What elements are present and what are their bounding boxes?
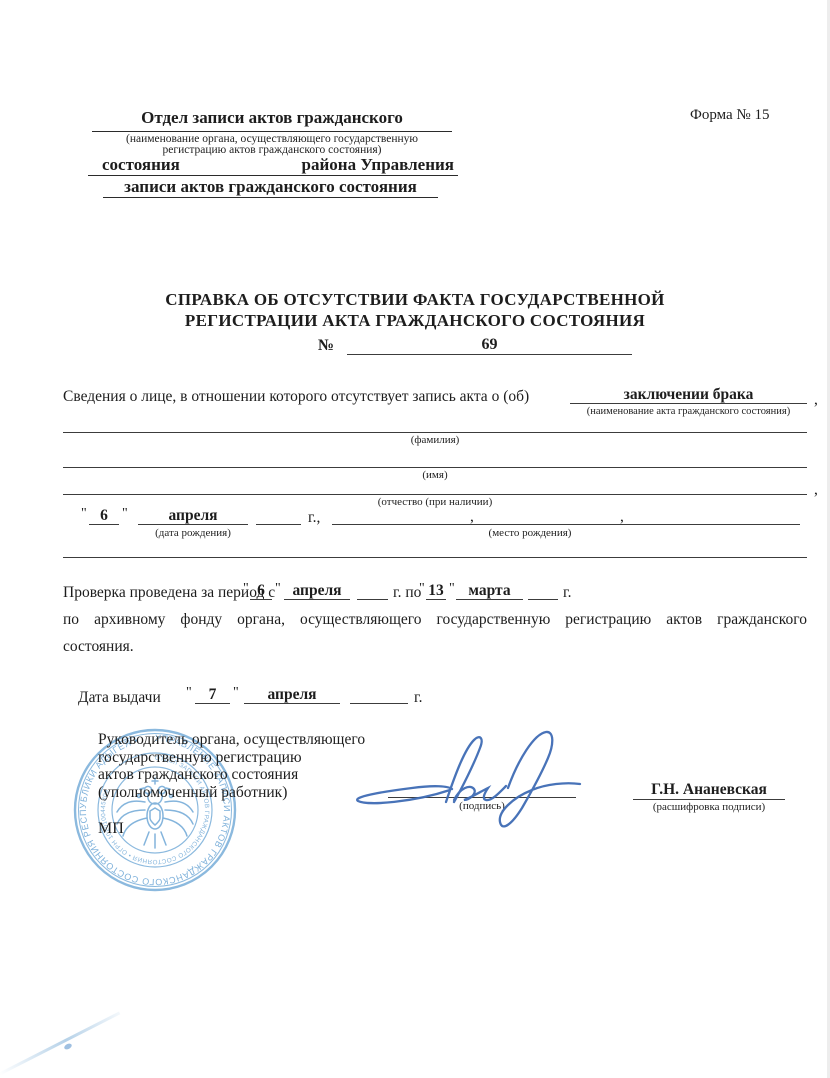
document-title-line2: РЕГИСТРАЦИИ АКТА ГРАЖДАНСКОГО СОСТОЯНИЯ <box>65 310 765 331</box>
check-from-close-quote: " <box>275 581 281 597</box>
org-name-line1: Отдел записи актов гражданского <box>92 108 452 132</box>
check-body-line2: по архивному фонду органа, осуществляюще… <box>63 611 807 629</box>
issue-day-close-quote: " <box>233 685 239 701</box>
birth-day-open-quote: " <box>81 506 87 522</box>
issue-day-field: 7 <box>195 686 230 704</box>
scan-artifact-dot <box>63 1042 72 1050</box>
birth-day-field: 6 <box>89 507 119 525</box>
act-type-value: заключении брака <box>624 386 754 403</box>
issue-day-open-quote: " <box>186 685 192 701</box>
issue-date-label: Дата выдачи <box>78 689 161 707</box>
org-name-line3-text: записи актов гражданского состояния <box>124 177 417 196</box>
handwritten-signature <box>350 722 608 837</box>
surname-caption: (фамилия) <box>63 435 807 446</box>
check-to-open-quote: " <box>419 581 425 597</box>
org-name-line2-right: района Управления <box>302 155 454 175</box>
issue-month-value: апреля <box>267 686 316 703</box>
number-sign: № <box>318 337 334 355</box>
check-from-day-value: 6 <box>257 582 265 599</box>
issue-month-field: апреля <box>244 686 340 704</box>
check-from-year-field <box>357 582 388 600</box>
org-name-line2-left: состояния <box>102 155 180 175</box>
signer-title-line2: государственную регистрацию <box>98 749 302 767</box>
org-name-line2: состояния района Управления <box>88 155 458 176</box>
issue-day-value: 7 <box>209 686 217 703</box>
check-to-day-value: 13 <box>428 582 444 599</box>
birth-month-field: апреля <box>138 507 248 525</box>
birth-day-close-quote: " <box>122 506 128 522</box>
issue-year-field <box>350 686 408 704</box>
certificate-number-value: 69 <box>482 336 498 353</box>
surname-field <box>63 414 807 433</box>
birth-date-caption: (дата рождения) <box>133 528 253 539</box>
birth-place-caption: (место рождения) <box>480 528 580 539</box>
signer-name-caption: (расшифровка подписи) <box>633 802 785 813</box>
patronymic-field <box>63 476 807 495</box>
birth-day-value: 6 <box>100 507 108 524</box>
signer-name-value: Г.Н. Ананевская <box>651 781 767 798</box>
comma-after-act-type: , <box>814 391 818 409</box>
birth-place-continuation-field <box>63 539 807 558</box>
check-to-close-quote: " <box>449 581 455 597</box>
check-from-month-field: апреля <box>284 582 350 600</box>
check-body-line3: состояния. <box>63 638 807 656</box>
comma-in-birth-place-1: , <box>470 508 474 526</box>
check-to-month-field: марта <box>456 582 523 600</box>
document-title-line1: СПРАВКА ОБ ОТСУТСТВИИ ФАКТА ГОСУДАРСТВЕН… <box>65 289 765 310</box>
subject-intro: Сведения о лице, в отношении которого от… <box>63 388 573 406</box>
org-name-line1-text: Отдел записи актов гражданского <box>141 108 403 127</box>
check-mid-label: г. по <box>393 584 421 602</box>
check-from-open-quote: " <box>243 581 249 597</box>
check-tail-label: г. <box>563 584 571 602</box>
scan-artifact-streak <box>0 1012 120 1076</box>
comma-in-birth-place-2: , <box>620 508 624 526</box>
birth-year-suffix: г., <box>308 509 320 527</box>
given-name-field <box>63 449 807 468</box>
birth-year-field <box>256 507 301 525</box>
stamp-place-label: МП <box>98 820 124 838</box>
check-to-day-field: 13 <box>426 582 446 600</box>
birth-month-value: апреля <box>168 507 217 524</box>
signer-title-line3: актов гражданского состояния <box>98 766 298 784</box>
issue-year-suffix: г. <box>414 689 422 707</box>
check-from-day-field: 6 <box>250 582 272 600</box>
document-page: УПРАВЛЕНИЕ ЗАПИСИ АКТОВ ГРАЖДАНСКОГО СОС… <box>0 0 830 1078</box>
signer-name-field: Г.Н. Ананевская <box>633 781 785 800</box>
org-name-line3: записи актов гражданского состояния <box>103 177 438 198</box>
act-type-field: заключении брака <box>570 386 807 404</box>
check-from-month-value: апреля <box>292 582 341 599</box>
birth-place-field <box>332 507 800 525</box>
form-number-label: Форма № 15 <box>690 107 769 124</box>
certificate-number-field: 69 <box>347 336 632 355</box>
check-to-month-value: марта <box>468 582 510 599</box>
check-to-year-field <box>528 582 558 600</box>
comma-after-patronymic: , <box>814 481 818 499</box>
signer-title-line1: Руководитель органа, осуществляющего <box>98 731 365 749</box>
signer-title-line4: (уполномоченный работник) <box>98 784 287 802</box>
